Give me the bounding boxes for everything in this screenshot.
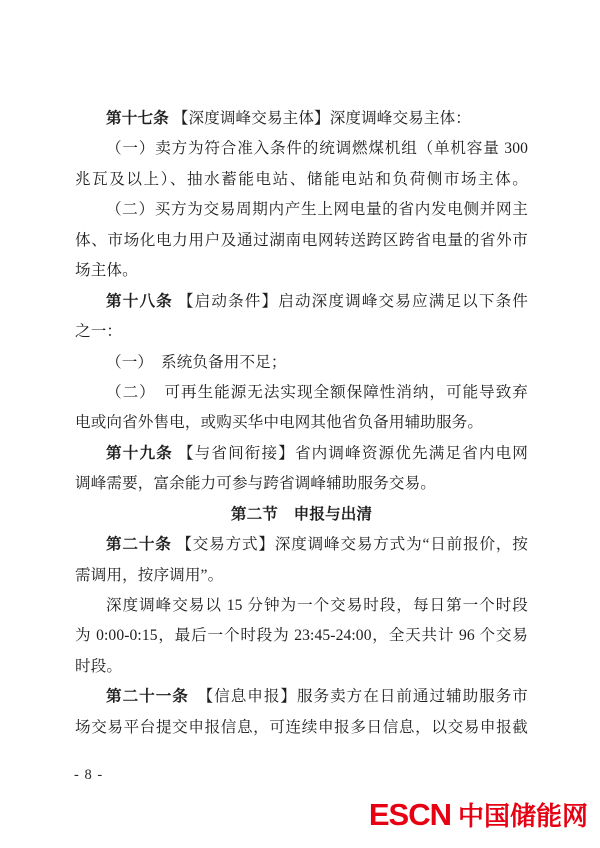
text-line: 第二节 申报与出清	[75, 500, 528, 530]
line-text: 深度调峰交易以 15 分钟为一个交易时段，每日第一个时段	[106, 597, 528, 614]
line-text: （二）买方为交易周期内产生上网电量的省内发电侧并网主	[106, 201, 528, 218]
line-text: 【信息申报】服务卖方在日前通过辅助服务市	[189, 688, 528, 705]
logo-cjk-text: 中国储能网	[458, 803, 588, 829]
text-line: 第十七条 【深度调峰交易主体】深度调峰交易主体：	[75, 104, 528, 134]
text-line: 场主体。	[75, 256, 528, 286]
logo-escn-text: ESCN	[369, 799, 451, 830]
line-text: （二） 可再生能源无法实现全额保障性消纳，可能导致弃	[106, 384, 528, 401]
text-line: 场交易平台提交申报信息，可连续申报多日信息，以交易申报截	[75, 713, 528, 743]
text-line: 调峰需要，富余能力可参与跨省调峰辅助服务交易。	[75, 469, 528, 499]
text-line: 兆瓦及以上）、抽水蓄能电站、储能电站和负荷侧市场主体。	[75, 165, 528, 195]
text-line: 之一：	[75, 317, 528, 347]
line-text: 体、市场化电力用户及通过湖南电网转送跨区跨省电量的省外市	[75, 232, 528, 249]
article-number: 第二十一条	[106, 688, 189, 705]
document-body: 第十七条 【深度调峰交易主体】深度调峰交易主体： （一）卖方为符合准入条件的统调…	[75, 104, 528, 743]
text-line: 需调用，按序调用”。	[75, 561, 528, 591]
line-text: （一）卖方为符合准入条件的统调燃煤机组（单机容量 300	[106, 140, 528, 157]
line-text: （一） 系统负备用不足；	[106, 354, 287, 371]
text-line: 电或向省外售电，或购买华中电网其他省负备用辅助服务。	[75, 408, 528, 438]
document-page: 第十七条 【深度调峰交易主体】深度调峰交易主体： （一）卖方为符合准入条件的统调…	[0, 0, 600, 848]
line-text: 【交易方式】深度调峰交易方式为“日前报价，按	[172, 536, 528, 553]
text-line: 体、市场化电力用户及通过湖南电网转送跨区跨省电量的省外市	[75, 226, 528, 256]
line-text: 场交易平台提交申报信息，可连续申报多日信息，以交易申报截	[75, 719, 528, 736]
text-line: 第十九条 【与省间衔接】省内调峰资源优先满足省内电网	[75, 439, 528, 469]
line-text: 为 0:00-0:15，最后一个时段为 23:45-24:00，全天共计 96 …	[75, 627, 528, 644]
text-line: （一） 系统负备用不足；	[75, 348, 528, 378]
article-number: 第十八条	[106, 293, 173, 310]
text-line: 为 0:00-0:15，最后一个时段为 23:45-24:00，全天共计 96 …	[75, 621, 528, 651]
text-line: 第十八条 【启动条件】启动深度调峰交易应满足以下条件	[75, 287, 528, 317]
page-number: - 8 -	[74, 765, 103, 785]
article-number: 第十七条	[106, 110, 169, 127]
text-line: 第二十条 【交易方式】深度调峰交易方式为“日前报价，按	[75, 530, 528, 560]
line-text: 之一：	[75, 323, 122, 340]
line-text: 【深度调峰交易主体】深度调峰交易主体：	[169, 110, 471, 127]
text-line: （二）买方为交易周期内产生上网电量的省内发电侧并网主	[75, 195, 528, 225]
text-line: （一）卖方为符合准入条件的统调燃煤机组（单机容量 300	[75, 134, 528, 164]
line-text: 【启动条件】启动深度调峰交易应满足以下条件	[173, 293, 528, 310]
text-line: 深度调峰交易以 15 分钟为一个交易时段，每日第一个时段	[75, 591, 528, 621]
escn-logo: ESCN 中国储能网	[369, 799, 588, 830]
line-text: 场主体。	[75, 262, 138, 279]
line-text: 调峰需要，富余能力可参与跨省调峰辅助服务交易。	[75, 475, 436, 492]
line-text: 时段。	[75, 658, 122, 675]
line-text: 需调用，按序调用”。	[75, 567, 223, 584]
article-number: 第十九条	[106, 445, 173, 462]
text-line: 时段。	[75, 652, 528, 682]
text-line: （二） 可再生能源无法实现全额保障性消纳，可能导致弃	[75, 378, 528, 408]
line-text: 兆瓦及以上）、抽水蓄能电站、储能电站和负荷侧市场主体。	[75, 171, 528, 188]
line-text: 【与省间衔接】省内调峰资源优先满足省内电网	[173, 445, 528, 462]
line-text: 电或向省外售电，或购买华中电网其他省负备用辅助服务。	[75, 414, 483, 431]
article-number: 第二十条	[106, 536, 172, 553]
article-number: 第二节 申报与出清	[231, 506, 372, 523]
text-line: 第二十一条 【信息申报】服务卖方在日前通过辅助服务市	[75, 682, 528, 712]
